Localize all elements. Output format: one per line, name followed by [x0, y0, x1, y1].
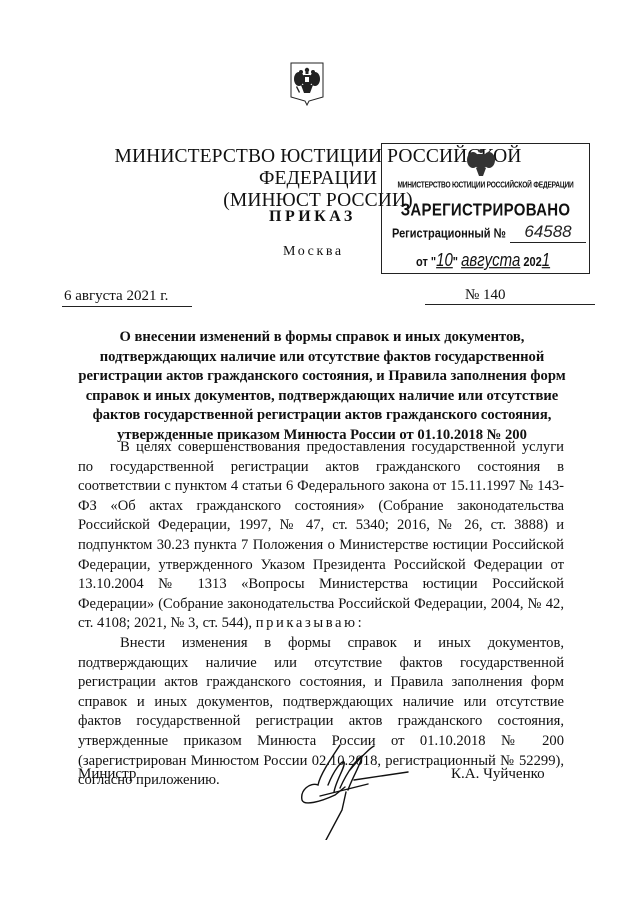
stamp-title: ЗАРЕГИСТРИРОВАНО [382, 201, 589, 221]
stamp-date-day: 10 [436, 250, 453, 270]
document-type: ПРИКАЗ [269, 208, 356, 226]
order-body: В целях совершенствования предоставления… [78, 438, 564, 791]
divider [425, 304, 595, 305]
signer-role: Министр [78, 766, 136, 783]
stamp-reg-label: Регистрационный № [392, 227, 506, 241]
handwritten-signature-icon [290, 740, 410, 840]
stamp-date: от "10" августа 2021 [416, 250, 550, 270]
registration-stamp: МИНИСТЕРСТВО ЮСТИЦИИ РОССИЙСКОЙ ФЕДЕРАЦИ… [381, 143, 590, 274]
russian-coat-of-arms-icon [290, 62, 324, 106]
stamp-date-year: 1 [542, 250, 550, 270]
stamp-organization: МИНИСТЕРСТВО ЮСТИЦИИ РОССИЙСКОЙ ФЕДЕРАЦИ… [382, 181, 589, 190]
stamp-date-month: августа [461, 250, 520, 270]
city: Москва [283, 244, 344, 260]
order-heading: О внесении изменений в формы справок и и… [72, 328, 572, 446]
stamp-reg-number: 64588 [510, 222, 586, 243]
paragraph: В целях совершенствования предоставления… [78, 438, 564, 634]
divider [62, 306, 192, 307]
order-number: № 140 [465, 287, 506, 304]
signer-name: К.А. Чуйченко [451, 766, 545, 783]
russian-coat-of-arms-icon [464, 146, 498, 180]
order-date: 6 августа 2021 г. [64, 288, 168, 305]
order-verb: приказываю: [256, 615, 365, 631]
